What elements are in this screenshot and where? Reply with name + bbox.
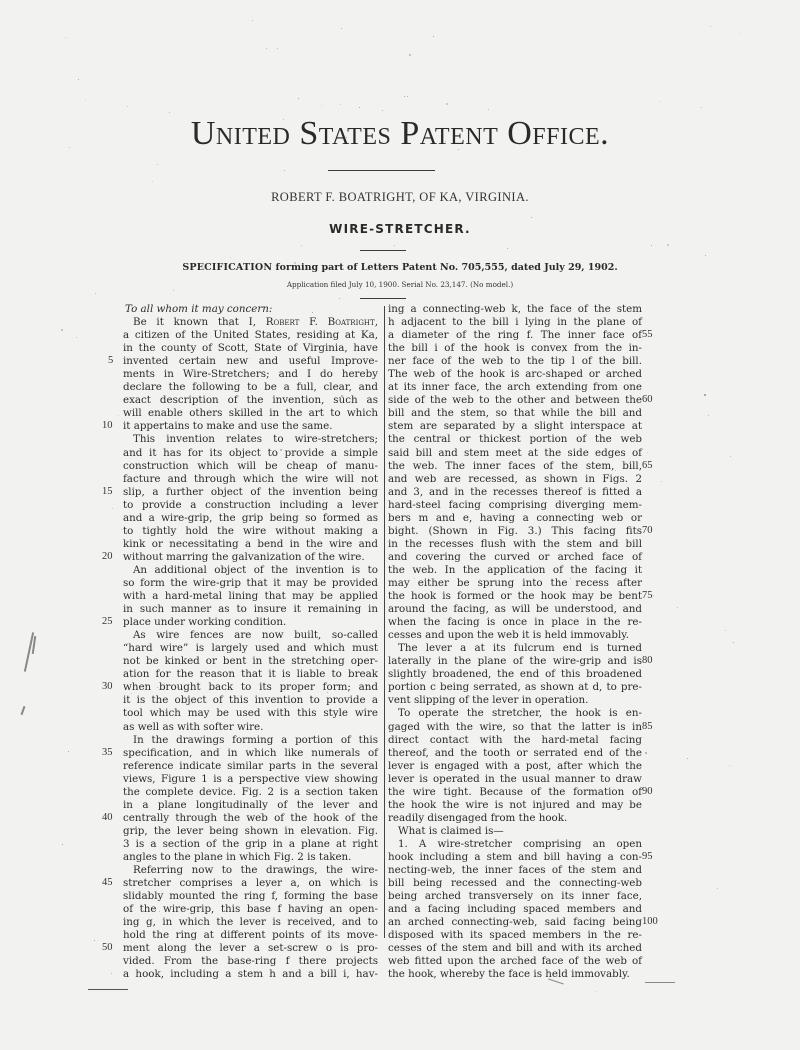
line-number: 30: [102, 681, 113, 692]
scan-speck: [701, 107, 702, 108]
scan-speck: [159, 911, 160, 912]
text-line: so form the wire-grip that it may be pro…: [123, 577, 378, 590]
text-line: What is claimed is—: [388, 825, 642, 838]
scan-speck: [538, 567, 539, 568]
scan-speck: [165, 712, 166, 713]
scan-speck: [601, 581, 602, 582]
scan-speck: [361, 884, 362, 885]
text-line: hard-steel facing comprising diverging m…: [388, 499, 642, 512]
text-line: hold the ring at different points of its…: [123, 929, 378, 942]
text-line: a diameter of the ring f. The inner face…: [388, 329, 642, 342]
scan-speck: [730, 456, 731, 457]
scan-speck: [458, 149, 459, 150]
text-line: reference indicate similar parts in the …: [123, 760, 378, 773]
text-line: said bill and stem meet at the side edge…: [388, 447, 642, 460]
text-line: in the county of Scott, State of Virgini…: [123, 342, 378, 355]
text-line: tool which may be used with this style w…: [123, 707, 378, 720]
scan-speck: [164, 683, 165, 684]
text-line: of the wire-grip, this base f having an …: [123, 903, 378, 916]
text-line: the central or thickest portion of the w…: [388, 433, 642, 446]
line-number: 45: [102, 877, 113, 888]
scan-speck: [346, 137, 347, 138]
text-line: As wire fences are now built, so-called: [123, 629, 378, 642]
text-line: angles to the plane in which Fig. 2 is t…: [123, 851, 378, 864]
column-divider: [384, 306, 385, 938]
scan-speck: [443, 711, 444, 712]
scan-speck: [362, 956, 363, 957]
line-number: 40: [102, 812, 113, 823]
scan-speck: [327, 692, 328, 693]
scan-speck: [729, 765, 730, 766]
text-line: in the recesses flush with the stem and …: [388, 538, 642, 551]
inventor-line: ROBERT F. BOATRIGHT, OF KA, VIRGINIA.: [0, 190, 800, 205]
text-line: ment along the lever a set-screw o is pr…: [123, 942, 378, 955]
text-line: thereof, and the tooth or serrated end o…: [388, 747, 642, 760]
line-number: 85: [642, 721, 653, 732]
text-line: laterally in the plane of the wire-grip …: [388, 655, 642, 668]
scan-speck: [284, 170, 285, 171]
text-line: gaged with the wire, so that the latter …: [388, 721, 642, 734]
text-line: bill and the stem, so that while the bil…: [388, 407, 642, 420]
scan-speck: [399, 908, 400, 909]
scan-speck: [294, 262, 296, 264]
scan-speck: [333, 763, 334, 764]
text-line: This invention relates to wire-stretcher…: [123, 433, 378, 446]
scan-speck: [230, 785, 231, 786]
scan-speck: [565, 536, 566, 537]
scan-speck: [441, 133, 442, 134]
text-line: cesses and upon the web it is held immov…: [388, 629, 642, 642]
scan-speck: [474, 346, 476, 348]
specification-line: SPECIFICATION forming part of Letters Pa…: [0, 262, 800, 273]
scan-speck: [710, 26, 711, 27]
text-line: To all whom it may concern:: [123, 303, 378, 316]
scan-speck: [531, 217, 532, 218]
text-line: The web of the hook is arc-shaped or arc…: [388, 368, 642, 381]
text-line: stem are separated by a slight interspac…: [388, 420, 642, 433]
text-line: portion c being serrated, as shown at d,…: [388, 681, 642, 694]
scan-speck: [407, 96, 408, 97]
scan-speck: [575, 591, 576, 592]
text-line: hook including a stem and bill having a …: [388, 851, 642, 864]
scan-speck: [249, 358, 250, 359]
text-line: it appertains to make and use the same.: [123, 420, 378, 433]
scan-speck: [409, 54, 411, 56]
scan-speck: [226, 139, 227, 140]
scan-speck: [167, 569, 168, 570]
scan-speck: [397, 431, 398, 432]
line-number: 55: [642, 329, 653, 340]
text-line: ing g, in which the lever is received, a…: [123, 916, 378, 929]
text-line: to provide a construction including a le…: [123, 499, 378, 512]
text-line: and web are recessed, as shown in Figs. …: [388, 473, 642, 486]
line-number: 90: [642, 786, 653, 797]
text-line: Be it known that I, Robert F. Boatright,: [123, 316, 378, 329]
scan-speck: [515, 961, 516, 962]
scan-speck: [118, 415, 119, 416]
scan-speck: [321, 105, 322, 106]
scan-speck: [555, 854, 556, 855]
text-line: lever is engaged with a post, after whic…: [388, 760, 642, 773]
scan-speck: [645, 752, 647, 754]
text-line: in such manner as to insure it remaining…: [123, 603, 378, 616]
scan-speck: [121, 529, 122, 530]
scan-speck: [414, 578, 415, 579]
text-line: ner face of the web to the tip l of the …: [388, 355, 642, 368]
scan-speck: [708, 415, 709, 416]
text-line: The lever a at its fulcrum end is turned: [388, 642, 642, 655]
scan-speck: [329, 844, 330, 845]
inventor-name: Robert F. Boatright: [266, 316, 375, 328]
scan-speck: [68, 751, 69, 752]
text-line: grip, the lever being shown in elevation…: [123, 825, 378, 838]
text-line: Referring now to the drawings, the wire-: [123, 864, 378, 877]
text-line: direct contact with the hard-metal facin…: [388, 734, 642, 747]
text-line: an arched connecting-web, said facing be…: [388, 916, 642, 929]
line-number: 35: [102, 747, 113, 758]
scan-speck: [157, 164, 158, 165]
text-line: to tightly hold the wire without making …: [123, 525, 378, 538]
text-line: will enable others skilled in the art to…: [123, 407, 378, 420]
scan-speck: [298, 98, 299, 99]
scan-speck: [111, 973, 112, 974]
scan-speck: [704, 394, 706, 396]
line-number: 60: [642, 394, 653, 405]
text-line: views, Figure 1 is a perspective view sh…: [123, 773, 378, 786]
scan-speck: [261, 801, 262, 802]
scan-speck: [169, 112, 170, 113]
scan-speck: [340, 104, 341, 105]
scan-speck: [230, 413, 231, 414]
patent-page: United States Patent Office. ROBERT F. B…: [0, 0, 800, 1050]
text-line: not be kinked or bent in the stretching …: [123, 655, 378, 668]
text-line: the wire tight. Because of the formation…: [388, 786, 642, 799]
specification-lead: SPECIFICATION: [182, 262, 272, 273]
scan-speck: [270, 623, 271, 624]
text-line: exact description of the invention, such…: [123, 394, 378, 407]
scan-speck: [326, 755, 327, 756]
scan-speck: [266, 48, 267, 49]
text-line: and covering the curved or arched face o…: [388, 551, 642, 564]
scan-speck: [651, 245, 652, 246]
scan-speck: [509, 501, 510, 502]
line-number: 70: [642, 525, 653, 536]
text-line: being arched transversely on its inner f…: [388, 890, 642, 903]
scan-speck: [76, 337, 77, 338]
scan-speck: [112, 508, 113, 509]
text-line: invented certain new and useful Improve-: [123, 355, 378, 368]
text-line: slidably mounted the ring f, forming the…: [123, 890, 378, 903]
header-rule-1: [328, 170, 435, 171]
scan-speck: [717, 888, 718, 889]
scan-speck: [152, 181, 153, 182]
scan-speck: [653, 595, 654, 596]
line-number: 50: [102, 942, 113, 953]
scan-speck: [687, 758, 688, 759]
text-line: declare the following to be a full, clea…: [123, 381, 378, 394]
scan-speck: [229, 325, 230, 326]
scan-speck: [568, 692, 569, 693]
scan-speck: [220, 748, 221, 749]
scan-speck: [299, 359, 300, 360]
scan-speck: [436, 902, 437, 903]
scan-speck: [299, 334, 300, 335]
scan-speck: [127, 106, 128, 107]
invention-title: WIRE-STRETCHER.: [0, 222, 800, 236]
scan-speck: [661, 481, 662, 482]
line-number: 80: [642, 655, 653, 666]
line-number: 65: [642, 460, 653, 471]
scan-speck: [359, 390, 360, 391]
scan-speck: [301, 245, 302, 246]
scan-speck: [340, 687, 341, 688]
text-line: a citizen of the United States, residing…: [123, 329, 378, 342]
scan-speck: [418, 328, 419, 329]
text-line: the web. In the application of the facin…: [388, 564, 642, 577]
scan-speck: [266, 885, 268, 887]
text-line: bers m and e, having a connecting web or: [388, 512, 642, 525]
text-line: To operate the stretcher, the hook is en…: [388, 707, 642, 720]
scan-speck: [157, 687, 158, 688]
text-line: “hard wire” is largely used and which mu…: [123, 642, 378, 655]
scan-speck: [368, 761, 369, 762]
text-line: An additional object of the invention is…: [123, 564, 378, 577]
text-line: the complete device. Fig. 2 is a section…: [123, 786, 378, 799]
text-line: centrally through the web of the hook of…: [123, 812, 378, 825]
header-rule-3: [360, 298, 406, 299]
scan-speck: [677, 607, 678, 608]
text-line: specification, and in which like numeral…: [123, 747, 378, 760]
text-line: and it has for its object to provide a s…: [123, 447, 378, 460]
office-title: United States Patent Office.: [0, 115, 800, 153]
text-line: the hook the wire is not injured and may…: [388, 799, 642, 812]
text-line: construction which will be cheap of manu…: [123, 460, 378, 473]
text-line: 1. A wire-stretcher comprising an open: [388, 838, 642, 851]
scan-speck: [659, 101, 660, 102]
scan-speck: [65, 37, 66, 38]
text-line: kink or necessitating a bend in the wire…: [123, 538, 378, 551]
line-number: 5: [108, 355, 113, 366]
text-line: it is the object of this invention to pr…: [123, 694, 378, 707]
text-line: and a facing including spaced members an…: [388, 903, 642, 916]
scan-speck: [341, 395, 343, 397]
text-line: facture and through which the wire will …: [123, 473, 378, 486]
text-line: In the drawings forming a portion of thi…: [123, 734, 378, 747]
text-line: h adjacent to the bill i lying in the pl…: [388, 316, 642, 329]
scan-speck: [536, 770, 537, 771]
scan-speck: [603, 931, 605, 933]
scan-speck: [78, 79, 79, 80]
text-line: with a hard-metal lining that may be app…: [123, 590, 378, 603]
scan-speck: [61, 329, 63, 331]
scan-speck: [353, 471, 354, 472]
left-column-text: To all whom it may concern:Be it known t…: [123, 303, 378, 981]
scan-speck: [433, 36, 434, 37]
scan-speck: [173, 290, 174, 291]
text-line: vent slipping of the lever in operation.: [388, 694, 642, 707]
scan-speck: [570, 578, 571, 579]
scan-speck: [599, 898, 600, 899]
header-rule-2: [360, 250, 406, 251]
scan-speck: [595, 991, 596, 992]
scan-speck: [310, 477, 311, 478]
scan-speck: [252, 20, 253, 21]
scan-speck: [667, 244, 669, 246]
text-line: and 3, and in the recesses thereof is fi…: [388, 486, 642, 499]
scan-speck: [488, 109, 489, 110]
scan-speck: [552, 596, 553, 597]
scan-speck: [507, 248, 508, 249]
text-line: the hook, whereby the face is held immov…: [388, 968, 642, 981]
text-line: as well as with softer wire.: [123, 721, 378, 734]
text-line: ing a connecting-web k, the face of the …: [388, 303, 642, 316]
scan-speck: [562, 351, 563, 352]
text-line: when the facing is once in place in the …: [388, 616, 642, 629]
application-line: Application filed July 10, 1900. Serial …: [0, 280, 800, 289]
text-line: cesses of the stem and bill and with its…: [388, 942, 642, 955]
scan-speck: [630, 461, 631, 462]
scan-speck: [394, 245, 395, 246]
scan-speck: [444, 618, 445, 619]
scan-speck: [260, 813, 261, 814]
line-number: 75: [642, 590, 653, 601]
line-number: 95: [642, 851, 653, 862]
text-line: in a plane longitudinally of the lever a…: [123, 799, 378, 812]
scan-speck: [181, 357, 182, 358]
scan-speck: [341, 28, 342, 29]
scan-speck: [615, 470, 616, 471]
text-line: place under working condition.: [123, 616, 378, 629]
text-line: necting-web, the inner faces of the stem…: [388, 864, 642, 877]
scan-speck: [131, 693, 132, 694]
scan-speck: [322, 907, 323, 908]
scan-speck: [62, 844, 63, 845]
scan-speck: [391, 469, 392, 470]
specification-rest: forming part of Letters Patent No. 705,5…: [272, 262, 617, 273]
line-number: 15: [102, 486, 113, 497]
footer-dash: [88, 989, 128, 990]
line-number: 10: [102, 420, 113, 431]
scan-speck: [434, 678, 435, 679]
text-line: the web. The inner faces of the stem, bi…: [388, 460, 642, 473]
scan-speck: [647, 452, 648, 453]
scan-speck: [316, 549, 317, 550]
text-line: without marring the galvanization of the…: [123, 551, 378, 564]
scan-speck: [624, 846, 625, 847]
scan-speck: [537, 791, 538, 792]
text-line: 3 is a section of the grip in a plane at…: [123, 838, 378, 851]
text-line: a hook, including a stem h and a bill i,…: [123, 968, 378, 981]
scan-speck: [166, 493, 167, 494]
scan-speck: [280, 449, 282, 451]
scan-speck: [477, 549, 478, 550]
scan-speck: [705, 255, 706, 256]
margin-pencil-mark: [21, 706, 26, 715]
scan-speck: [339, 298, 340, 299]
scan-speck: [733, 642, 734, 643]
scan-speck: [212, 461, 213, 462]
text-line: the bill i of the hook is convex from th…: [388, 342, 642, 355]
scan-speck: [481, 794, 483, 796]
scan-speck: [516, 370, 518, 372]
text-line: slip, a further object of the invention …: [123, 486, 378, 499]
scan-speck: [94, 940, 95, 941]
line-number: 25: [102, 616, 113, 627]
text-line: at its inner face, the arch extending fr…: [388, 381, 642, 394]
text-line: lever is operated in the usual manner to…: [388, 773, 642, 786]
line-number: 100: [642, 916, 658, 927]
text-line: ments in Wire-Stretchers; and I do hereb…: [123, 368, 378, 381]
text-line: slightly broadened, the end of this broa…: [388, 668, 642, 681]
scan-speck: [277, 48, 278, 49]
scan-speck: [494, 282, 495, 283]
scan-speck: [95, 293, 96, 294]
scan-speck: [312, 312, 313, 313]
scan-speck: [581, 861, 582, 862]
scan-speck: [445, 141, 446, 142]
text-line: around the facing, as will be understood…: [388, 603, 642, 616]
scan-speck: [382, 110, 383, 111]
scan-speck: [739, 33, 740, 34]
scan-speck: [283, 119, 284, 120]
scan-speck: [69, 147, 70, 148]
scan-speck: [446, 103, 448, 105]
text-line: bight. (Shown in Fig. 3.) This facing fi…: [388, 525, 642, 538]
text-line: stretcher comprises a lever a, on which …: [123, 877, 378, 890]
text-line: and a wire-grip, the grip being so forme…: [123, 512, 378, 525]
text-line: may either be sprung into the recess aft…: [388, 577, 642, 590]
scan-speck: [725, 630, 726, 631]
text-line: bill being recessed and the connecting-w…: [388, 877, 642, 890]
scan-speck: [359, 107, 360, 108]
footer-mark: [645, 982, 675, 983]
scan-speck: [230, 257, 231, 258]
text-line: readily disengaged from the hook.: [388, 812, 642, 825]
text-line: side of the web to the other and between…: [388, 394, 642, 407]
scan-speck: [211, 402, 212, 403]
text-line: ation for the reason that it is liable t…: [123, 668, 378, 681]
right-column-text: ing a connecting-web k, the face of the …: [388, 303, 642, 981]
text-line: vided. From the base-ring f there projec…: [123, 955, 378, 968]
scan-speck: [234, 506, 235, 507]
line-number: 20: [102, 551, 113, 562]
scan-speck: [85, 100, 86, 101]
scan-speck: [404, 96, 405, 97]
text-line: the hook is formed or the hook may be be…: [388, 590, 642, 603]
